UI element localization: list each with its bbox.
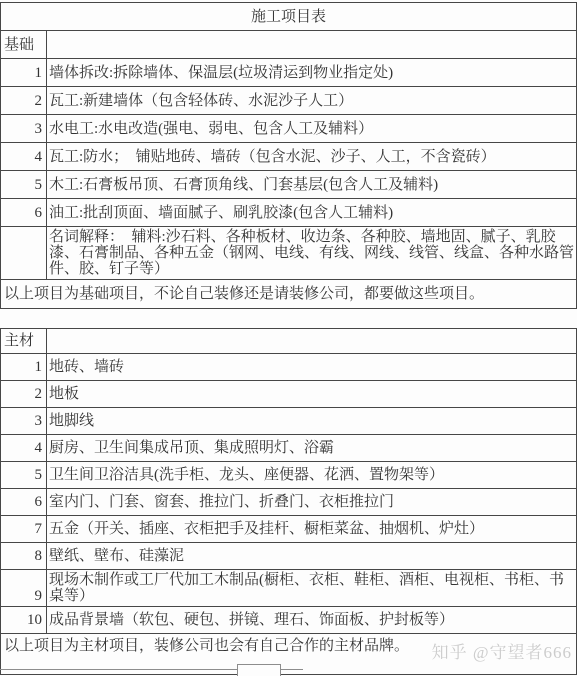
basic-section-footer: 以上项目为基础项目，不论自己装修还是请装修公司，都要做这些项目。 — [1, 279, 576, 308]
table-row: 10 成品背景墙（软包、硬包、拼镜、理石、饰面板、护封板等） — [1, 606, 576, 633]
table-row: 5 木工:石膏板吊顶、石膏顶角线、门套基层(包含人工及辅料) — [1, 170, 576, 198]
row-content: 室内门、门套、窗套、推拉门、折叠门、衣柜推拉门 — [47, 489, 576, 515]
row-content: 卫生间卫浴洁具(洗手柜、龙头、座便器、花洒、置物架等） — [47, 462, 576, 488]
row-number: 1 — [1, 354, 47, 380]
table-row: 3 水电工:水电改造(强电、弱电、包含人工及辅料） — [1, 114, 576, 142]
row-number: 3 — [1, 115, 47, 142]
table-row: 2 地板 — [1, 380, 576, 407]
cut-off-table-cell — [237, 664, 281, 676]
row-number: 5 — [1, 462, 47, 488]
table-row: 3 地脚线 — [1, 407, 576, 434]
page-title: 施工项目表 — [251, 9, 326, 25]
main-materials-header-row: 主材 — [1, 329, 576, 353]
row-content: 名词解释： 辅料:沙石料、各种板材、收边条、各种胶、墙地固、腻子、乳胶漆、石膏制… — [47, 227, 576, 279]
table-row: 4 厨房、卫生间集成吊顶、集成照明灯、浴霸 — [1, 434, 576, 461]
row-number: 3 — [1, 408, 47, 434]
row-content: 成品背景墙（软包、硬包、拼镜、理石、饰面板、护封板等） — [47, 607, 576, 633]
basic-section-header-row: 基础 — [1, 30, 576, 58]
main-materials-footer-text: 以上项目为主材项目，装修公司也会有自己合作的主材品牌。 — [4, 638, 409, 654]
row-number: 2 — [1, 87, 47, 114]
main-materials-section-label: 主材 — [1, 329, 47, 353]
table-row: 5 卫生间卫浴洁具(洗手柜、龙头、座便器、花洒、置物架等） — [1, 461, 576, 488]
table-row: 1 地砖、墙砖 — [1, 353, 576, 380]
table-row: 7 五金（开关、插座、衣柜把手及挂杆、橱柜菜盆、抽烟机、炉灶） — [1, 515, 576, 542]
row-number: 7 — [1, 516, 47, 542]
basic-footer-text: 以上项目为基础项目，不论自己装修还是请装修公司，都要做这些项目。 — [4, 286, 484, 302]
basic-section-label: 基础 — [1, 31, 47, 58]
table-title-row: 施工项目表 — [1, 3, 576, 30]
row-number: 6 — [1, 489, 47, 515]
row-content: 油工:批刮顶面、墙面腻子、刷乳胶漆(包含人工辅料) — [47, 199, 576, 226]
table-row-glossary: 名词解释： 辅料:沙石料、各种板材、收边条、各种胶、墙地固、腻子、乳胶漆、石膏制… — [1, 226, 576, 279]
row-content: 木工:石膏板吊顶、石膏顶角线、门套基层(包含人工及辅料) — [47, 171, 576, 198]
row-content: 五金（开关、插座、衣柜把手及挂杆、橱柜菜盆、抽烟机、炉灶） — [47, 516, 576, 542]
row-content: 地砖、墙砖 — [47, 354, 576, 380]
table-row: 1 墙体拆改:拆除墙体、保温层(垃圾清运到物业指定处) — [1, 58, 576, 86]
row-content: 壁纸、壁布、硅藻泥 — [47, 543, 576, 569]
table-row: 9 现场木制作或工厂代加工木制品(橱柜、衣柜、鞋柜、酒柜、电视柜、书柜、书桌等） — [1, 569, 576, 606]
row-number: 2 — [1, 381, 47, 407]
table-row: 2 瓦工:新建墙体（包含轻体砖、水泥沙子人工） — [1, 86, 576, 114]
table-row: 6 室内门、门套、窗套、推拉门、折叠门、衣柜推拉门 — [1, 488, 576, 515]
main-materials-header-empty-cell — [47, 329, 576, 353]
row-content: 现场木制作或工厂代加工木制品(橱柜、衣柜、鞋柜、酒柜、电视柜、书柜、书桌等） — [47, 570, 576, 606]
row-number: 10 — [1, 607, 47, 633]
row-content: 地脚线 — [47, 408, 576, 434]
row-number: 8 — [1, 543, 47, 569]
watermark: 知乎 @守望者666 — [432, 644, 572, 662]
row-content: 地板 — [47, 381, 576, 407]
table-row: 6 油工:批刮顶面、墙面腻子、刷乳胶漆(包含人工辅料) — [1, 198, 576, 226]
row-number: 1 — [1, 59, 47, 86]
row-number: 5 — [1, 171, 47, 198]
row-content: 水电工:水电改造(强电、弱电、包含人工及辅料） — [47, 115, 576, 142]
row-number — [1, 227, 47, 279]
row-content: 墙体拆改:拆除墙体、保温层(垃圾清运到物业指定处) — [47, 59, 576, 86]
row-number: 4 — [1, 143, 47, 170]
row-number: 4 — [1, 435, 47, 461]
row-number: 9 — [1, 570, 47, 606]
row-content: 瓦工:防水； 铺贴地砖、墙砖（包含水泥、沙子、人工，不含瓷砖） — [47, 143, 576, 170]
table-row: 4 瓦工:防水； 铺贴地砖、墙砖（包含水泥、沙子、人工，不含瓷砖） — [1, 142, 576, 170]
row-number: 6 — [1, 199, 47, 226]
main-materials-section-table: 主材 1 地砖、墙砖 2 地板 3 地脚线 4 厨房、卫生间集成吊顶、集成照明灯… — [0, 328, 577, 675]
table-row: 8 壁纸、壁布、硅藻泥 — [1, 542, 576, 569]
row-content: 瓦工:新建墙体（包含轻体砖、水泥沙子人工） — [47, 87, 576, 114]
row-content: 厨房、卫生间集成吊顶、集成照明灯、浴霸 — [47, 435, 576, 461]
basic-section-header-empty-cell — [47, 31, 576, 58]
basic-section-table: 施工项目表 基础 1 墙体拆改:拆除墙体、保温层(垃圾清运到物业指定处) 2 瓦… — [0, 2, 577, 309]
